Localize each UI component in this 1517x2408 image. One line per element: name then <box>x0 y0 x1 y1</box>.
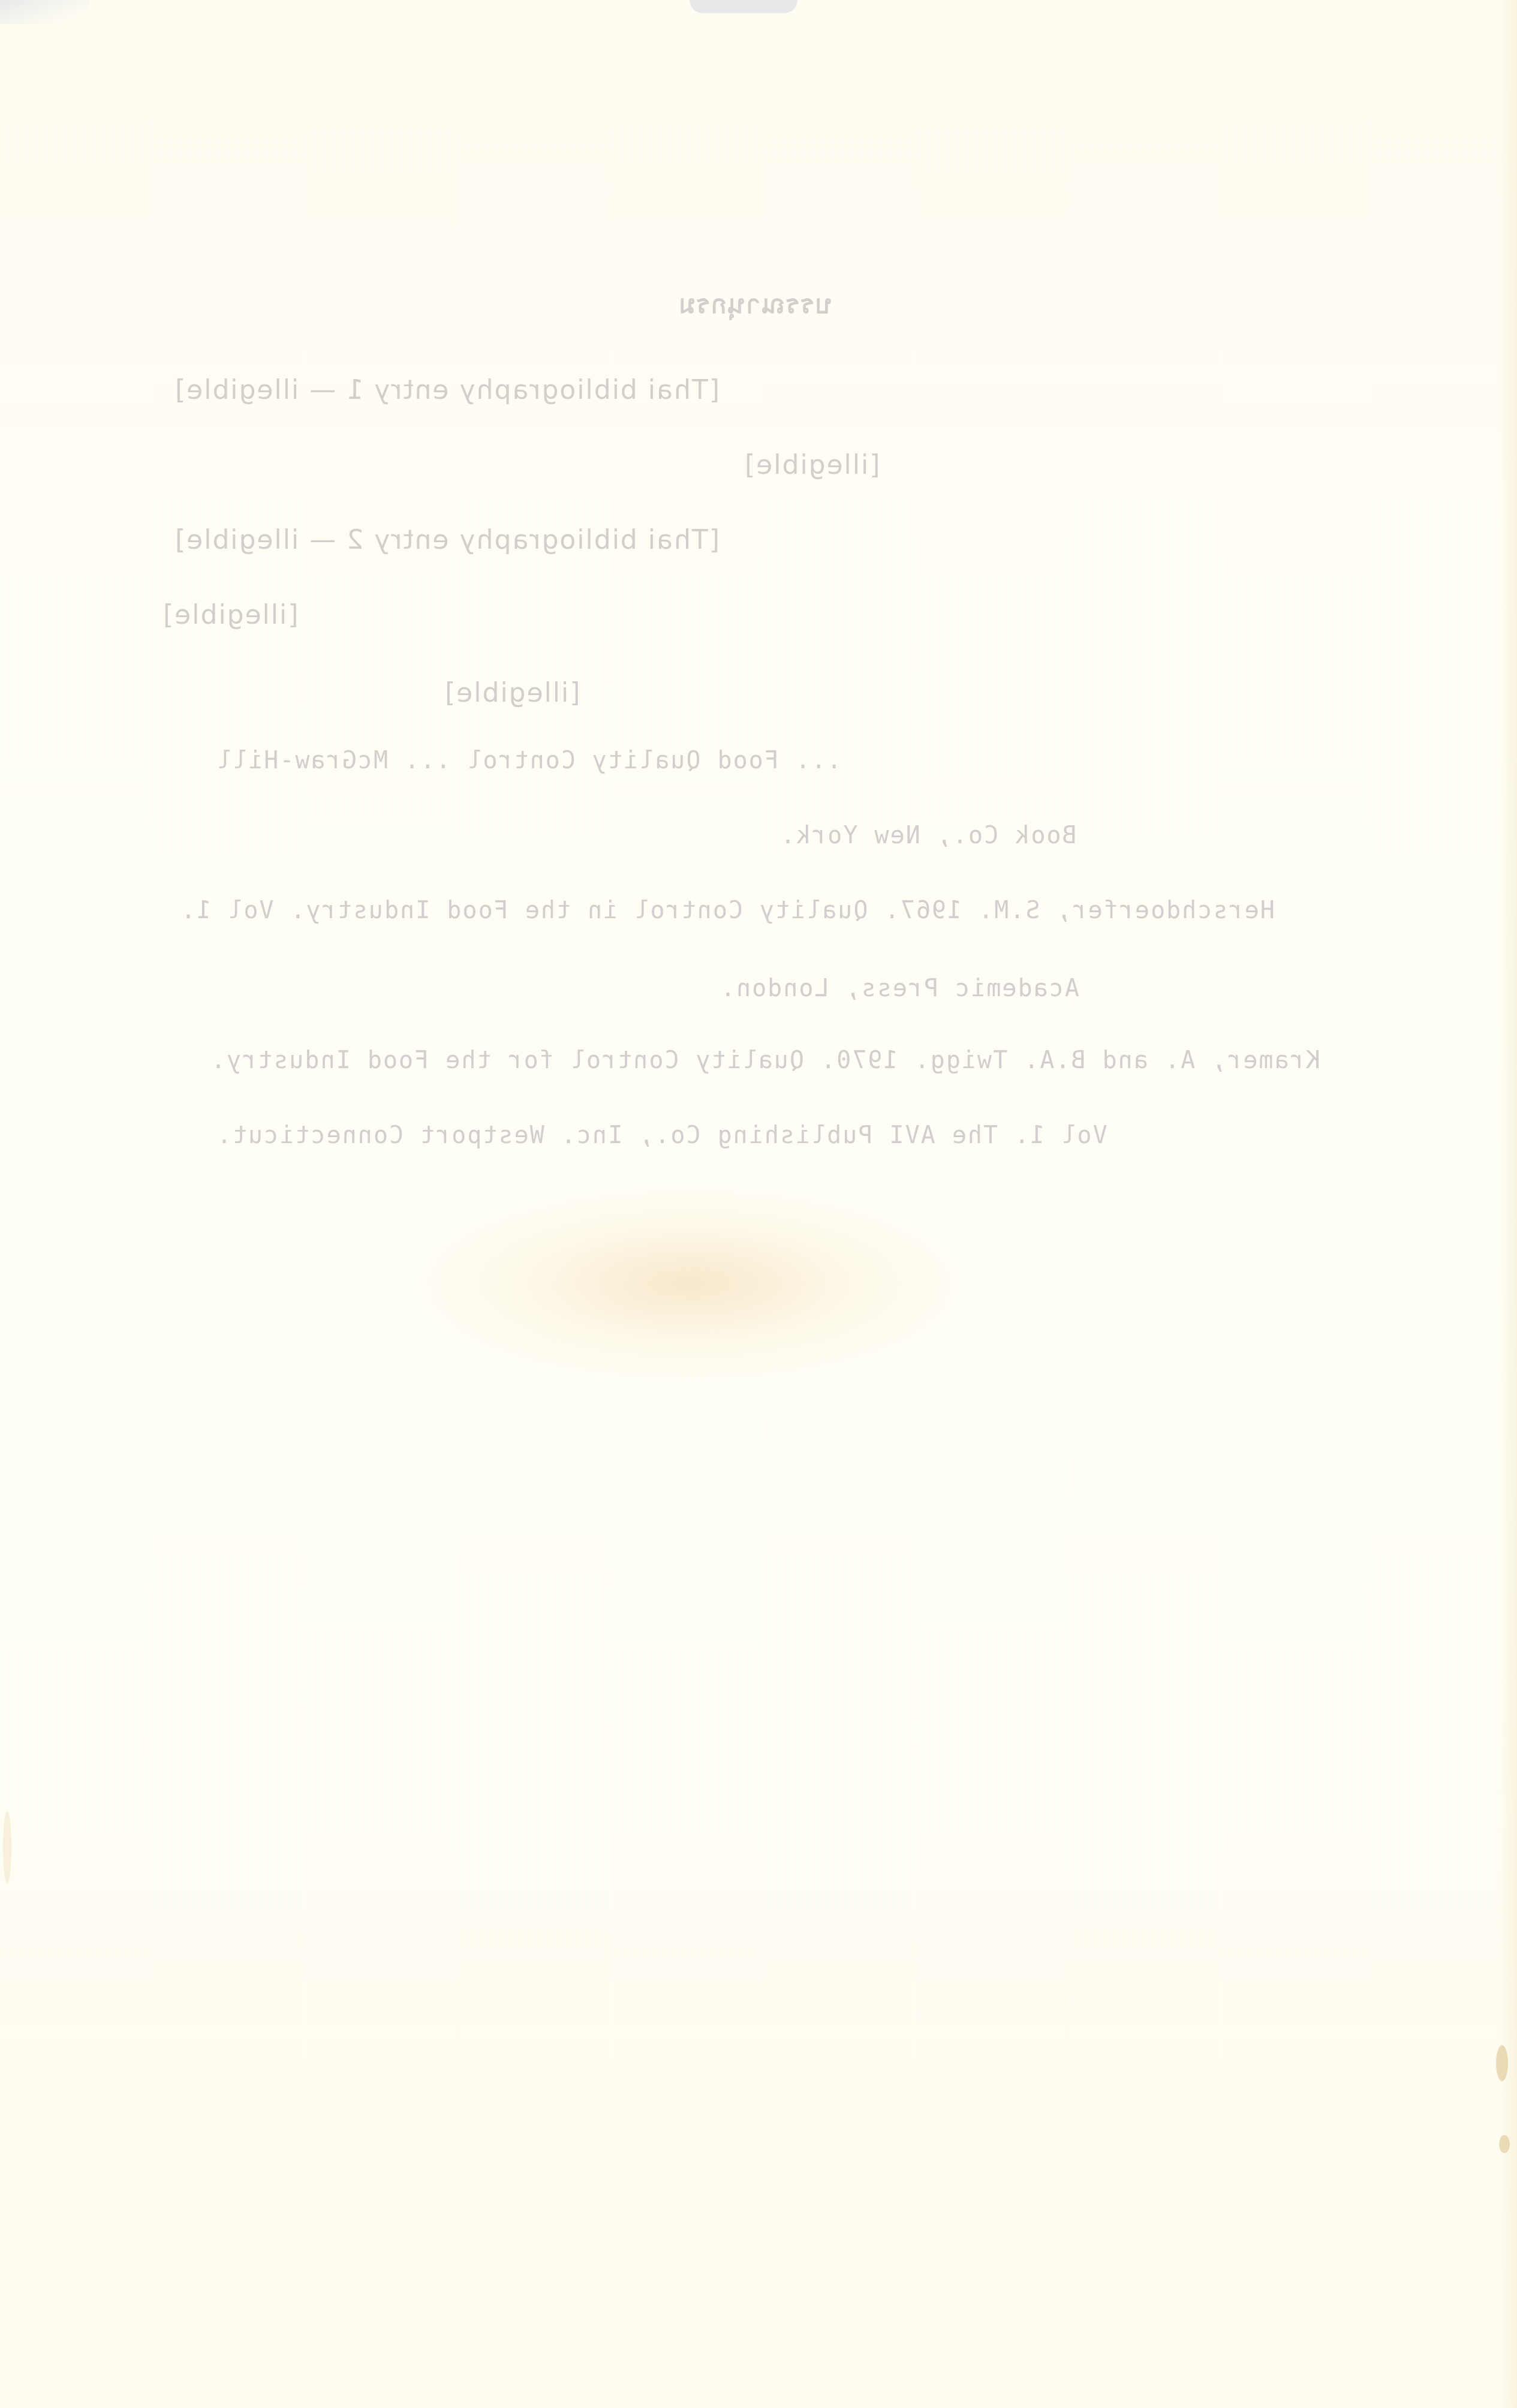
entry-3-line-2: Book Co., New York. <box>779 822 1077 849</box>
scanned-page: บรรณานุกรม [Thai bibliography entry 1 — … <box>0 0 1517 2408</box>
entry-5-line-1: Kramer, A. and B.A. Twigg. 1970. Quality… <box>210 1047 1320 1074</box>
entry-2-line-3: [illegible] <box>444 678 580 708</box>
edge-spot <box>1496 2045 1508 2081</box>
entry-3-line-1: ... Food Quality Control ... McGraw-Hill <box>216 747 841 774</box>
paper-stain <box>420 1188 959 1379</box>
entry-1-line-2: [illegible] <box>744 450 880 480</box>
scanner-artifact-corner <box>0 0 90 24</box>
edge-spot <box>1499 2135 1510 2153</box>
scanner-artifact-top <box>690 0 797 13</box>
entry-2-line-1: [Thai bibliography entry 2 — illegible] <box>174 525 720 555</box>
entry-4-line-1: Herschdoerfer, S.M. 1967. Quality Contro… <box>180 897 1275 924</box>
edge-spot <box>3 1811 11 1883</box>
entry-5-line-2: Vol 1. The AVI Publishing Co., Inc. West… <box>216 1122 1107 1149</box>
bibliography-title: บรรณานุกรม <box>678 285 832 324</box>
entry-1-line-1: [Thai bibliography entry 1 — illegible] <box>174 375 720 405</box>
entry-4-line-2: Academic Press, London. <box>720 975 1079 1002</box>
entry-2-line-2: [illegible] <box>162 600 298 630</box>
